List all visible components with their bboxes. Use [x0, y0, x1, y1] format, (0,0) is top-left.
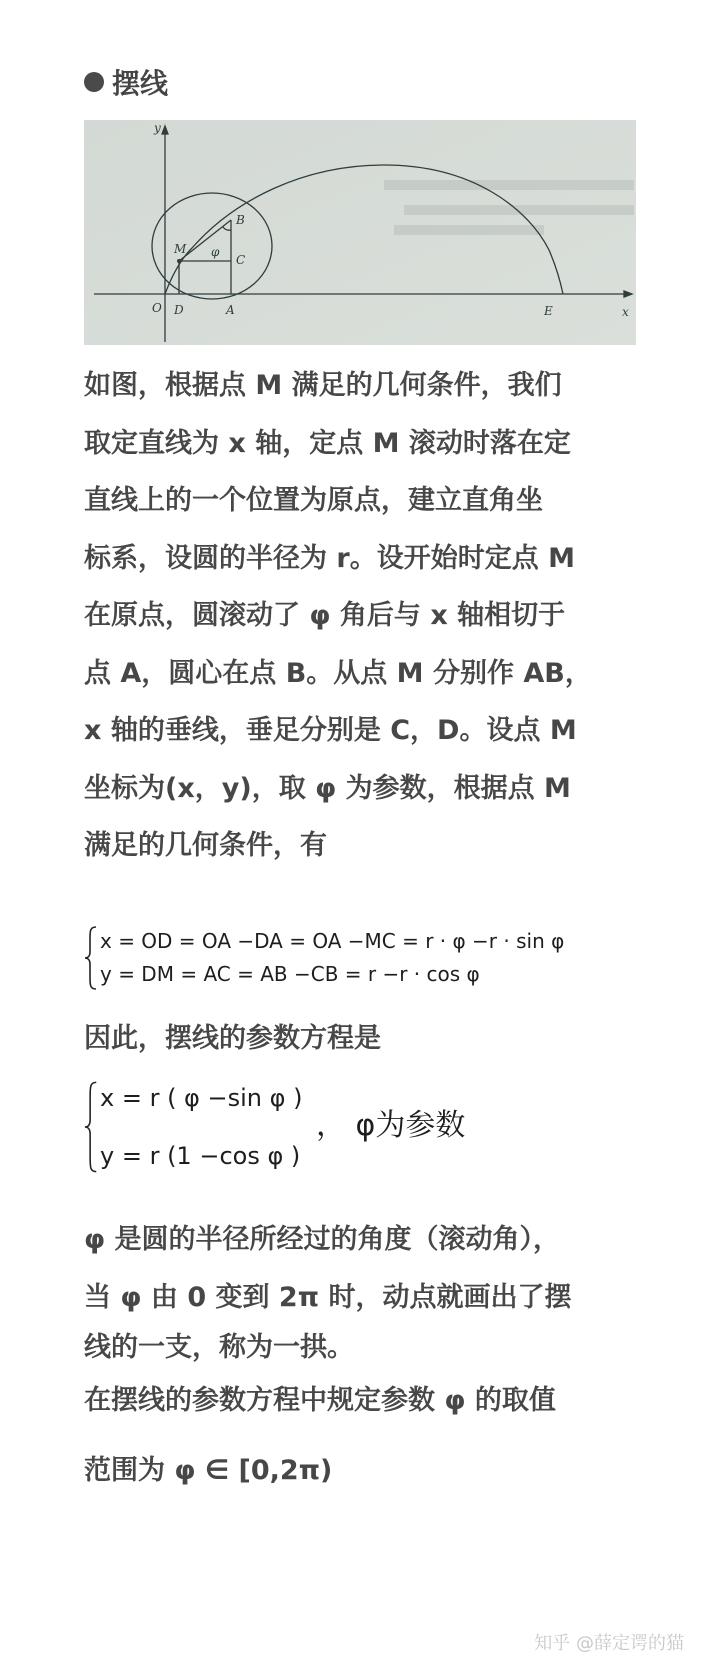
text-line: 坐标为(x，y)，取 φ 为参数，根据点 M: [84, 760, 644, 818]
formula-parameter-note: ， φ为参数: [316, 1100, 465, 1144]
watermark: 知乎 @薛定谔的猫: [534, 1629, 684, 1655]
text-line: 点 A，圆心在点 B。从点 M 分别作 AB，: [84, 645, 644, 703]
formula-x-row: x = OD = OA −DA = OA −MC = r · φ −r · si…: [100, 925, 564, 958]
text-line: φ 是圆的半径所经过的角度（滚动角），: [84, 1211, 644, 1269]
svg-text:φ: φ: [211, 245, 220, 259]
svg-text:y: y: [153, 121, 161, 135]
formula-x-row: x = r ( φ −sin φ ): [100, 1073, 302, 1123]
text-line: 在原点，圆滚动了 φ 角后与 x 轴相切于: [84, 587, 644, 645]
text-line: 当 φ 由 0 变到 2π 时，动点就画出了摆: [84, 1269, 644, 1327]
text-line: 线的一支，称为一拱。: [84, 1324, 644, 1371]
text-line: 范围为 φ ∈ [0,2π): [84, 1442, 644, 1500]
text-line: x 轴的垂线，垂足分别是 C，D。设点 M: [84, 702, 644, 760]
cycloid-figure: y x O D A M B C φ E: [84, 120, 636, 345]
svg-text:M: M: [173, 242, 187, 256]
svg-text:x: x: [622, 305, 629, 319]
paragraph-therefore: 因此，摆线的参数方程是: [84, 1010, 644, 1068]
svg-text:D: D: [173, 303, 184, 317]
text-line: 因此，摆线的参数方程是: [84, 1010, 644, 1068]
text-line: 取定直线为 x 轴，定点 M 滚动时落在定: [84, 415, 644, 473]
paragraph-derivation: 如图，根据点 M 满足的几何条件，我们 取定直线为 x 轴，定点 M 滚动时落在…: [84, 357, 644, 875]
heading-title: 摆线: [112, 62, 168, 102]
svg-text:C: C: [236, 253, 245, 267]
svg-text:O: O: [152, 301, 162, 315]
formula-y-row: y = r (1 −cos φ ): [100, 1131, 302, 1181]
svg-text:E: E: [543, 304, 553, 318]
text-line: 标系，设圆的半径为 r。设开始时定点 M: [84, 530, 644, 588]
paragraph-range: 在摆线的参数方程中规定参数 φ 的取值 范围为 φ ∈ [0,2π): [84, 1372, 644, 1500]
text-line: 满足的几何条件，有: [84, 817, 644, 875]
text-line: 如图，根据点 M 满足的几何条件，我们: [84, 357, 644, 415]
text-line: 直线上的一个位置为原点，建立直角坐: [84, 472, 644, 530]
formula-parametric: x = r ( φ −sin φ ) y = r (1 −cos φ ): [84, 1073, 302, 1181]
text-line: 在摆线的参数方程中规定参数 φ 的取值: [84, 1372, 644, 1442]
bullet-icon: [84, 72, 104, 92]
left-brace-icon: [84, 1073, 98, 1181]
section-heading: 摆线: [84, 62, 168, 102]
svg-text:A: A: [225, 303, 235, 317]
formula-y-row: y = DM = AC = AB −CB = r −r · cos φ: [100, 958, 564, 991]
svg-text:B: B: [235, 213, 245, 227]
left-brace-icon: [84, 925, 98, 991]
paragraph-arch: φ 是圆的半径所经过的角度（滚动角）， 当 φ 由 0 变到 2π 时，动点就画…: [84, 1211, 644, 1371]
formula-derivation: x = OD = OA −DA = OA −MC = r · φ −r · si…: [84, 925, 564, 991]
